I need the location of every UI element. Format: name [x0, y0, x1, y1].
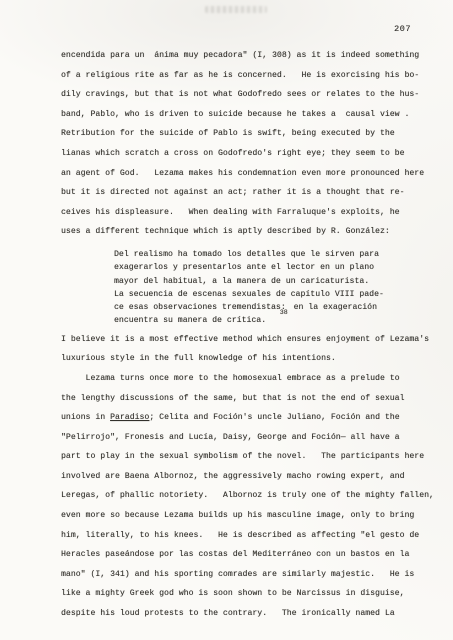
text-line: Lezama turns once more to the homosexual…: [61, 369, 429, 389]
footnote-number: 38: [280, 309, 288, 316]
document-text: encendida para un ánima muy pecadora" (I…: [61, 46, 429, 624]
text-line: even more so because Lezama builds up hi…: [61, 506, 429, 526]
text-line: uses a different technique which is aptl…: [61, 222, 429, 242]
text-line: but it is directed not against an act; r…: [61, 183, 429, 203]
text-line: like a mighty Greek god who is soon show…: [61, 584, 429, 604]
underlined-title: Paradiso: [110, 413, 149, 422]
text-line: Del realismo ha tomado los detalles que …: [114, 248, 429, 261]
text-line: of a religious rite as far as he is conc…: [61, 66, 429, 86]
text-line: him, literally, to his knees. He is desc…: [61, 526, 429, 546]
text-line: mayor del habitual, a la manera de un ca…: [114, 275, 429, 288]
text-line: unions in Paradiso; Celita and Foción's …: [61, 408, 429, 428]
text-line: an agent of God. Lezama makes his condem…: [61, 164, 429, 184]
text-line: mano" (I, 341) and his sporting comrades…: [61, 565, 429, 585]
text-line: lianas which scratch a cross on Godofred…: [61, 144, 429, 164]
text-line: despite his loud protests to the contrar…: [61, 604, 429, 624]
text-line: dily cravings, but that is not what Godo…: [61, 85, 429, 105]
page-number: 207: [394, 24, 411, 34]
text-line: involved are Baena Albornoz, the aggress…: [61, 467, 429, 487]
text-line: luxurious style in the full knowledge of…: [61, 349, 429, 369]
text-line: I believe it is a most effective method …: [61, 330, 429, 350]
paragraph: I believe it is a most effective method …: [61, 330, 429, 624]
scan-artifact: [205, 6, 267, 13]
text-line: the lengthy discussions of the same, but…: [61, 389, 429, 409]
text-line: band, Pablo, who is driven to suicide be…: [61, 105, 429, 125]
text-line: Heracles paseándose por las costas del M…: [61, 545, 429, 565]
paragraph: encendida para un ánima muy pecadora" (I…: [61, 46, 429, 242]
text-line: Retribution for the suicide of Pablo is …: [61, 124, 429, 144]
text-line: ce esas observaciones tremendistas:38 en…: [114, 301, 429, 314]
text-line: encuentra su manera de crítica.: [114, 314, 429, 327]
scanned-page: 207 encendida para un ánima muy pecadora…: [0, 0, 453, 640]
text-line: part to play in the sexual symbolism of …: [61, 447, 429, 467]
text-line: encendida para un ánima muy pecadora" (I…: [61, 46, 429, 66]
text-line: La secuencia de escenas sexuales de capí…: [114, 288, 429, 301]
text-line: Leregas, of phallic notoriety. Albornoz …: [61, 486, 429, 506]
text-line: "Pelirrojo", Fronesis and Lucía, Daisy, …: [61, 428, 429, 448]
text-line: exagerarlos y presentarlos ante el lecto…: [114, 261, 429, 274]
block-quote: Del realismo ha tomado los detalles que …: [114, 248, 429, 328]
text-line: ceives his displeasure. When dealing wit…: [61, 203, 429, 223]
